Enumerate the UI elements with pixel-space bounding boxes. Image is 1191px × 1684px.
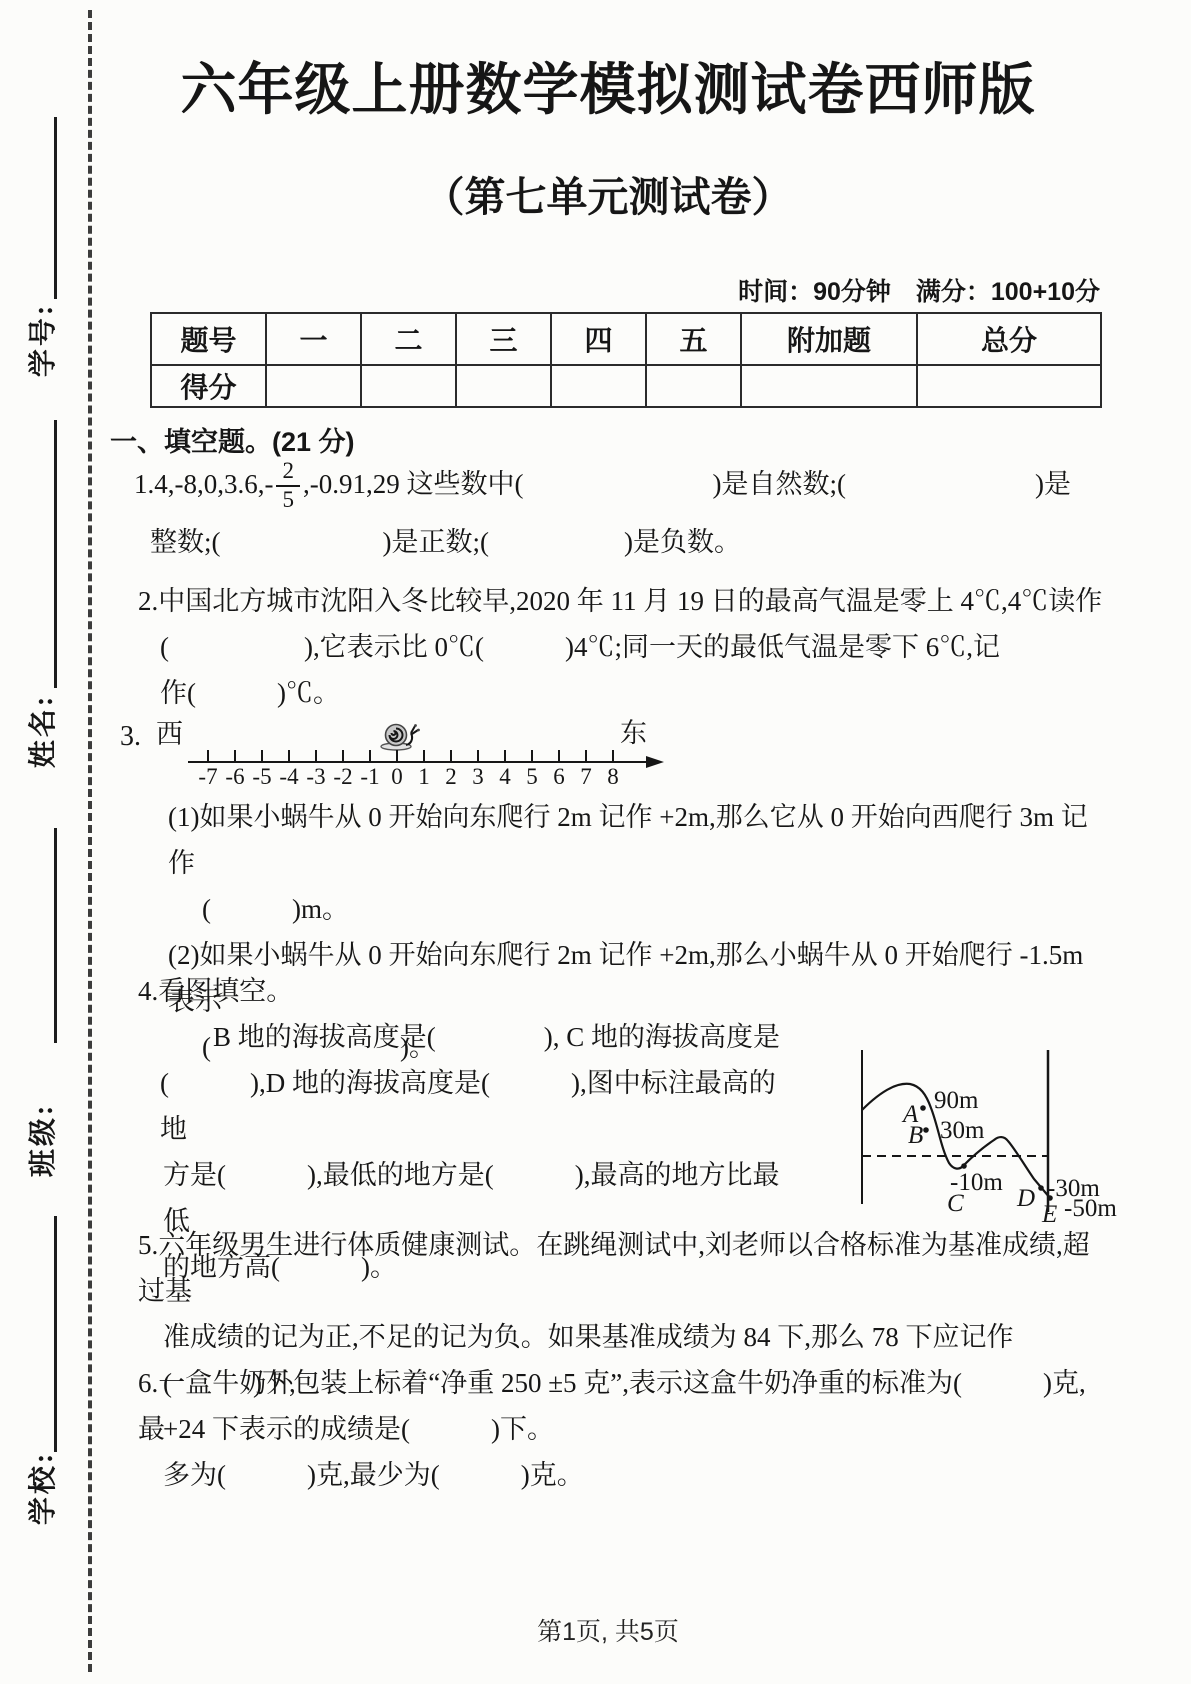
score-header-cell: 附加题 [741,313,917,365]
seal-field-school: 学校: [21,1451,61,1525]
score-header-cell: 五 [646,313,741,365]
snail-icon [381,724,420,750]
score-cell [361,365,456,407]
score-table-header-row: 题号 一 二 三 四 五 附加题 总分 [151,313,1101,365]
tick-label: 0 [391,764,403,789]
seal-blank-line [54,117,57,299]
seal-blank-line [54,420,57,688]
tick-label: -3 [306,764,325,789]
q1-numbers-tail: ,-0.91,29 这些数中( )是自然数;( )是 [303,469,1071,499]
tick-label: -5 [252,764,271,789]
seal-blank-line [54,828,57,1043]
tick-label: 5 [526,764,538,789]
west-label: 西 [156,719,183,749]
score-header-cell: 四 [551,313,646,365]
exam-content: 六年级上册数学模拟测试卷西师版 （第七单元测试卷） 时间：90分钟 满分：100… [108,0,1108,1684]
score-header-cell: 题号 [151,313,266,365]
question-1-line-2: 整数;( )是正数;( )是负数。 [108,519,1108,565]
point-d-dot [1038,1185,1044,1191]
point-d-label: D [1016,1185,1035,1212]
question-1: 1.4,-8,0,3.6,-25,-0.91,29 这些数中( )是自然数;( … [108,458,1108,565]
exam-meta: 时间：90分钟 满分：100+10分 [108,272,1100,308]
score-cell [551,365,646,407]
score-row-label: 得分 [151,365,266,407]
fraction-numerator: 2 [276,459,300,487]
point-a-elevation: 90m [934,1087,979,1114]
question-1-line-1: 1.4,-8,0,3.6,-25,-0.91,29 这些数中( )是自然数;( … [108,458,1108,513]
question-3-sub1-line-1: (1)如果小蜗牛从 0 开始向东爬行 2m 记作 +2m,那么它从 0 开始向西… [108,794,1108,886]
score-header-cell: 总分 [917,313,1101,365]
question-4-line-2: ( ),D 地的海拔高度是( ),图中标注最高的地 [108,1060,798,1152]
seal-dashed-line [88,10,92,1672]
point-b-dot [923,1127,929,1133]
tick-label: -7 [198,764,217,789]
tick-label: 8 [607,764,619,789]
score-cell [917,365,1101,407]
east-label: 东 [620,718,647,748]
tick-label: 7 [580,764,592,789]
seal-field-student-number: 学号: [21,303,61,377]
question-3-number: 3. [120,721,141,752]
point-b-label: B [908,1122,923,1149]
score-table: 题号 一 二 三 四 五 附加题 总分 得分 [150,312,1102,408]
tick-label: -2 [333,764,352,789]
score-cell [456,365,551,407]
fraction-two-fifths: 25 [276,459,300,513]
score-cell [646,365,741,407]
point-b-elevation: 30m [940,1117,985,1144]
question-4-line-1: B 地的海拔高度是( ), C 地的海拔高度是 [108,1014,798,1060]
number-line: 3. 西 东 -7-6-5-4-3-2-1012345678 [120,712,668,790]
question-6: 6.一盒牛奶外包装上标着“净重 250 ±5 克”,表示这盒牛奶净重的标准为( … [108,1360,1108,1498]
seal-blank-line [54,1216,57,1452]
score-header-cell: 二 [361,313,456,365]
tick-label: 1 [418,764,430,789]
arrow-east-icon [646,756,664,768]
tick-label: 2 [445,764,457,789]
question-3-sub1-line-2: ( )m。 [108,886,1108,932]
exam-page: 学号: 姓名: 班级: 学校: 六年级上册数学模拟测试卷西师版 （第七单元测试卷… [0,0,1191,1684]
tick-label: -6 [225,764,244,789]
elevation-diagram: A 90m B 30m -10m C D -30m E -50m [800,1044,1172,1230]
score-cell [741,365,917,407]
score-header-cell: 一 [266,313,361,365]
point-c-dot [961,1163,967,1169]
point-a-dot [920,1105,926,1111]
point-e-elevation: -50m [1064,1195,1117,1222]
fraction-denominator: 5 [276,487,300,513]
page-title: 六年级上册数学模拟测试卷西师版 [108,46,1108,126]
question-2-line-3: 作( )℃。 [108,670,1108,716]
score-header-cell: 三 [456,313,551,365]
question-2: 2.中国北方城市沈阳入冬比较早,2020 年 11 月 19 日的最高气温是零上… [108,578,1108,716]
score-cell [266,365,361,407]
tick-label: 3 [472,764,484,789]
q1-numbers-lead: 1.4,-8,0,3.6,- [134,469,273,499]
question-4-intro: 4.看图填空。 [108,968,1108,1014]
question-5-line-1: 5.六年级男生进行体质健康测试。在跳绳测试中,刘老师以合格标准为基准成绩,超过基 [108,1222,1108,1314]
question-2-line-2: ( ),它表示比 0℃( )4℃;同一天的最低气温是零下 6℃,记 [108,624,1108,670]
tick-label: 4 [499,764,511,789]
tick-label: 6 [553,764,565,789]
page-subtitle: （第七单元测试卷） [108,164,1108,223]
seal-field-name: 姓名: [21,694,61,768]
score-table-score-row: 得分 [151,365,1101,407]
tick-label: -1 [360,764,379,789]
page-indicator: 第1页, 共5页 [108,1612,1108,1648]
question-6-line-2: 多为( )克,最少为( )克。 [108,1452,1108,1498]
section-one-heading: 一、填空题。(21 分) [110,420,355,459]
question-6-line-1: 6.一盒牛奶外包装上标着“净重 250 ±5 克”,表示这盒牛奶净重的标准为( … [108,1360,1108,1452]
point-c-label: C [947,1190,964,1217]
question-2-line-1: 2.中国北方城市沈阳入冬比较早,2020 年 11 月 19 日的最高气温是零上… [108,578,1108,624]
seal-field-class: 班级: [21,1103,61,1177]
tick-label: -4 [279,764,299,789]
